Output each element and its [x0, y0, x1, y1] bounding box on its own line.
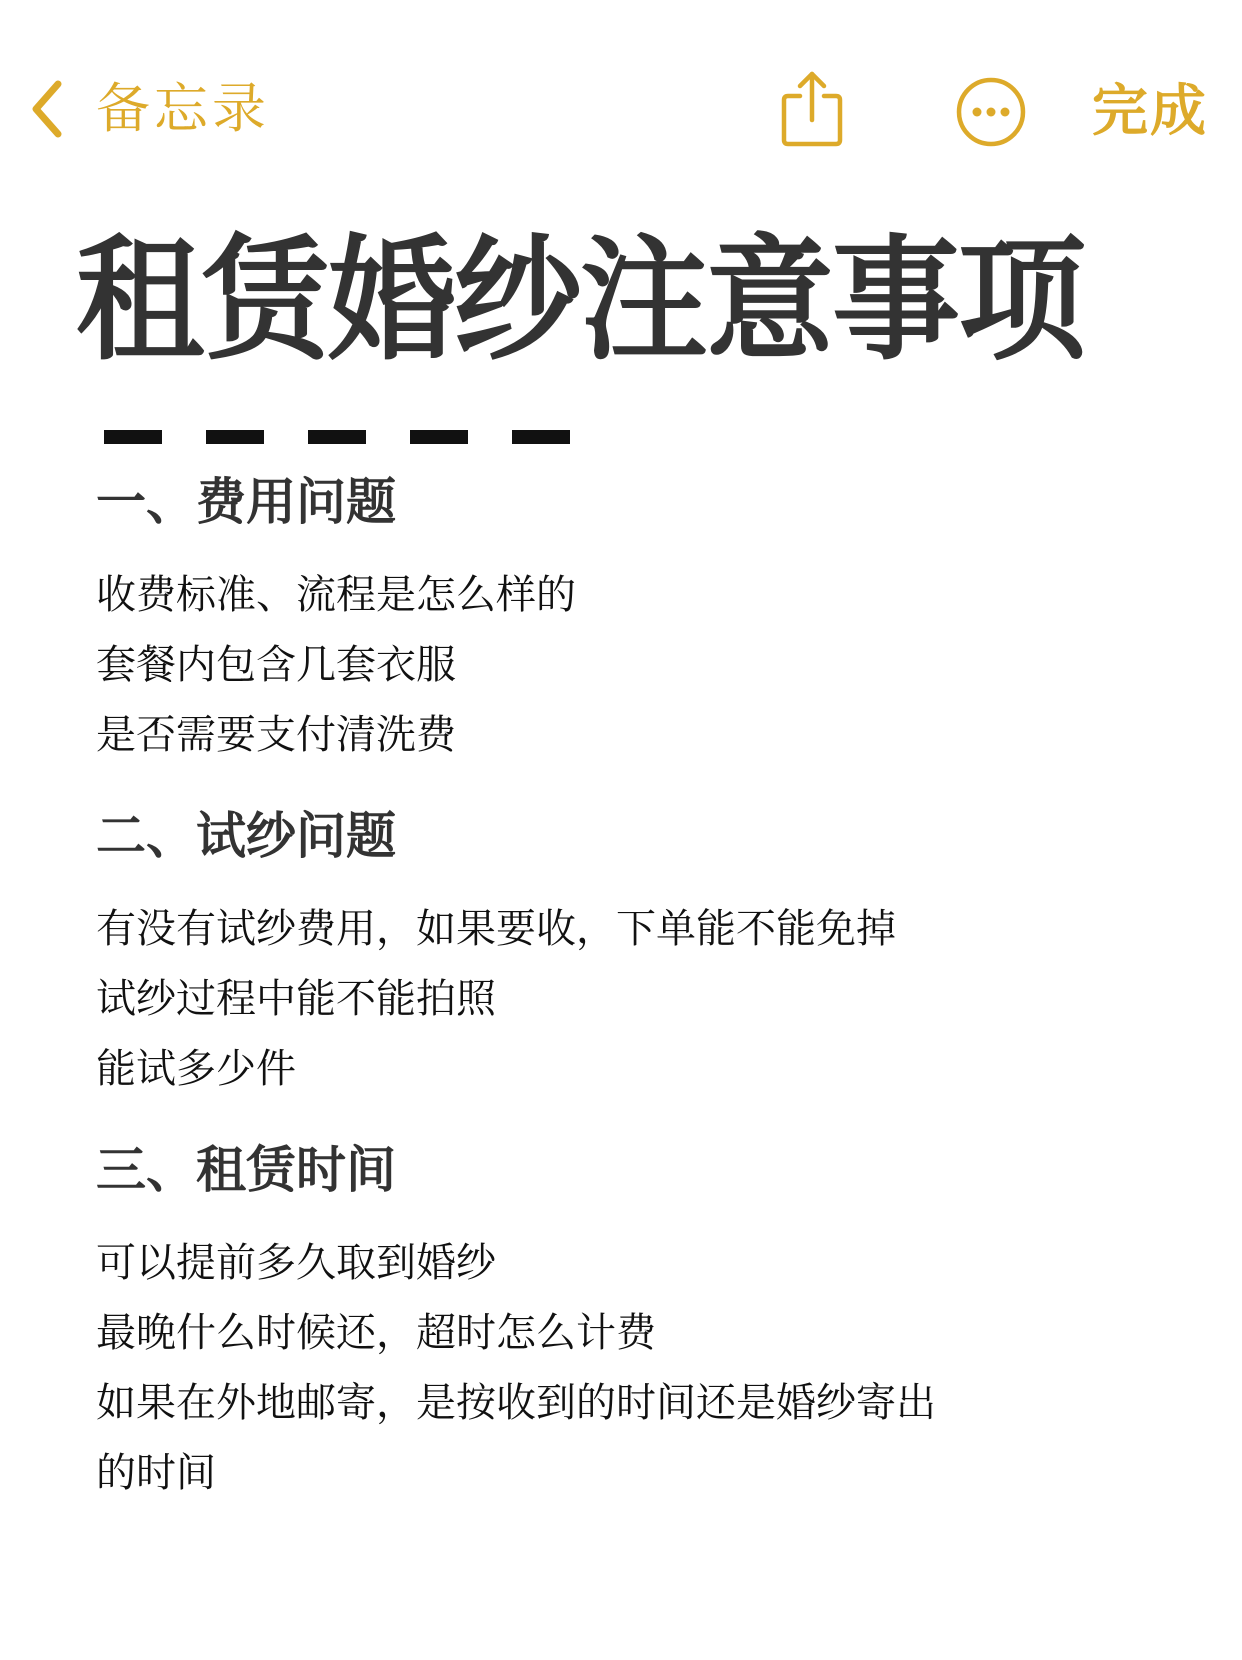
dash-divider: [104, 430, 570, 444]
note-line: 可以提前多久取到婚纱: [96, 1238, 496, 1288]
dash: [512, 430, 570, 444]
note-title: 租赁婚纱注意事项: [76, 228, 1084, 375]
section-heading: 三、租赁时间: [96, 1140, 396, 1200]
dash: [104, 430, 162, 444]
note-line: 能试多少件: [96, 1044, 296, 1094]
back-button[interactable]: 备忘录: [28, 78, 270, 140]
note-line: 最晚什么时候还，超时怎么计费: [96, 1308, 656, 1358]
done-button[interactable]: 完成: [1092, 80, 1208, 144]
note-line: 有没有试纱费用，如果要收，下单能不能免掉: [96, 904, 896, 954]
ellipsis-circle-icon[interactable]: [955, 76, 1027, 148]
chevron-left-icon: [28, 78, 68, 140]
note-line: 试纱过程中能不能拍照: [96, 974, 496, 1024]
dash: [206, 430, 264, 444]
note-line: 是否需要支付清洗费: [96, 710, 456, 760]
dash: [308, 430, 366, 444]
back-label: 备忘录: [96, 78, 270, 140]
note-line: 如果在外地邮寄，是按收到的时间还是婚纱寄出: [96, 1378, 936, 1428]
navigation-bar: 备忘录 完成: [0, 0, 1242, 200]
section-heading: 二、试纱问题: [96, 806, 396, 866]
dash: [410, 430, 468, 444]
section-heading: 一、费用问题: [96, 472, 396, 532]
note-line: 的时间: [96, 1448, 216, 1498]
note-line: 套餐内包含几套衣服: [96, 640, 456, 690]
note-line: 收费标准、流程是怎么样的: [96, 570, 576, 620]
share-icon[interactable]: [780, 68, 844, 148]
